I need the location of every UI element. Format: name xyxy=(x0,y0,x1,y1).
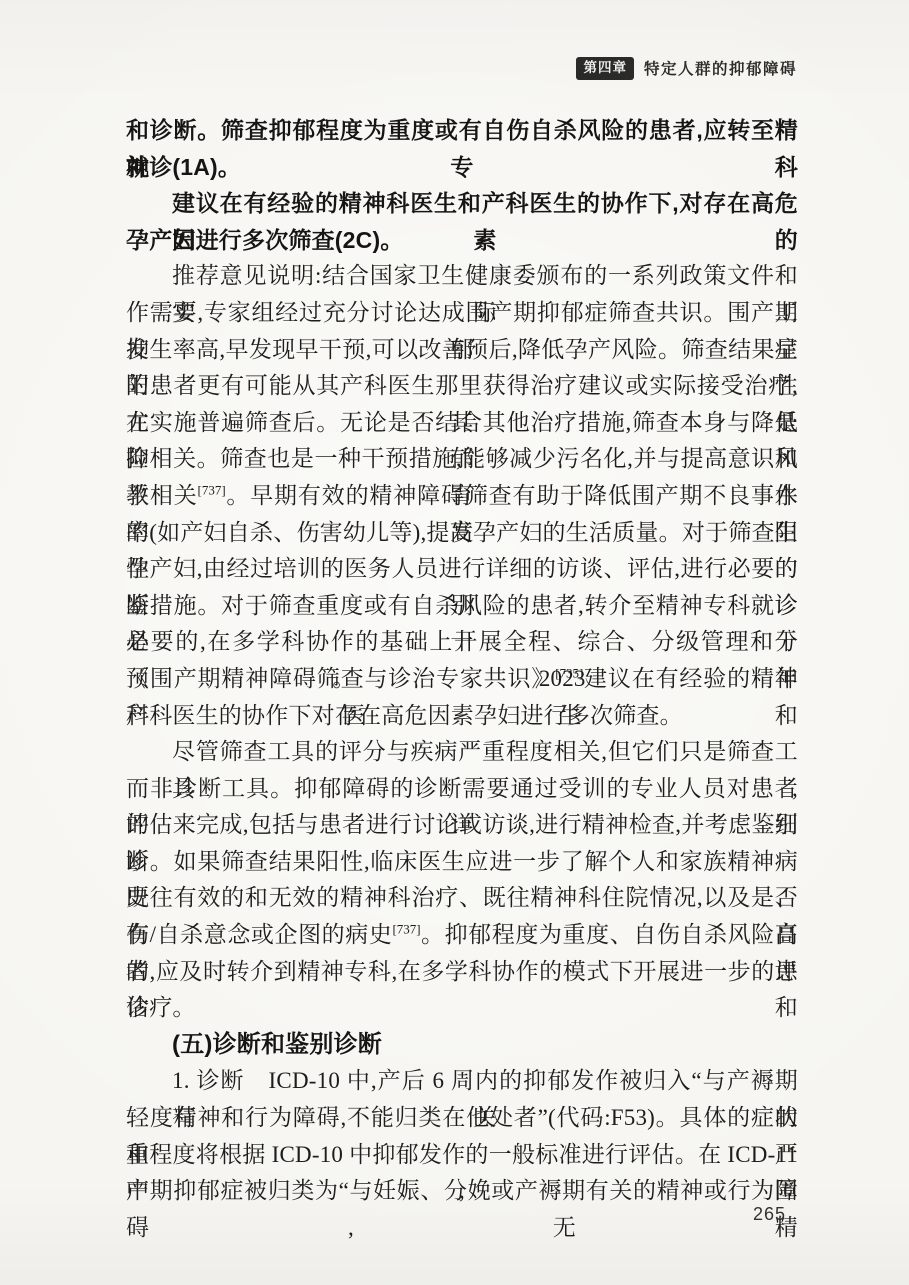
line-text: 者,应及时转介到精神专科,在多学科协作的模式下开展进一步的评估和 xyxy=(126,959,798,1021)
body-line: 在实施普遍筛查后。无论是否结合其他治疗措施,筛查本身与降低抑郁风 xyxy=(126,405,798,442)
body-line: 断。如果筛查结果阳性,临床医生应进一步了解个人和家族精神病史、 xyxy=(126,844,798,881)
body-line: 建议在有经验的精神科医生和产科医生的协作下,对存在高危因素的 xyxy=(126,185,798,222)
body-text: 和诊断。筛查抑郁程度为重度或有自伤自杀风险的患者,应转至精神专科就诊(1A)。建… xyxy=(126,112,798,1210)
page-header: 第四章 特定人群的抑郁障碍 xyxy=(576,57,797,80)
line-text: 产期抑郁症被归类为“与妊娠、分娩或产褥期有关的精神或行为障碍,无精 xyxy=(126,1178,798,1240)
body-line: 断措施。对于筛查重度或有自杀风险的患者,转介至精神专科就诊是十分 xyxy=(126,588,798,625)
line-text: 《围产期精神障碍筛查与诊治专家共识》 xyxy=(126,666,555,691)
body-line: 孕产妇,由经过培训的医务人员进行详细的访谈、评估,进行必要的鉴别诊 xyxy=(126,551,798,588)
body-line: 评估来完成,包括与患者进行讨论或访谈,进行精神检查,并考虑鉴别诊 xyxy=(126,807,798,844)
chapter-title: 特定人群的抑郁障碍 xyxy=(644,57,797,79)
body-line: 重程度将根据 ICD-10 中抑郁发作的一般标准进行评估。在 ICD-11 中,… xyxy=(126,1137,798,1174)
line-text: 平相关 xyxy=(126,483,198,508)
body-line: 必要的,在多学科协作的基础上开展全程、综合、分级管理和干预。2023 年 xyxy=(126,624,798,661)
body-line: 险相关。筛查也是一种干预措施,能够减少污名化,并与提高意识和教育水 xyxy=(126,441,798,478)
body-line: (五)诊断和鉴别诊断 xyxy=(126,1027,798,1064)
body-line: 平相关[737]。早期有效的精神障碍筛查有助于降低围产期不良事件的发生 xyxy=(126,478,798,515)
body-line: 的患者更有可能从其产科医生那里获得治疗建议或实际接受治疗,尤其是 xyxy=(126,368,798,405)
body-line: 者,应及时转介到精神专科,在多学科协作的模式下开展进一步的评估和 xyxy=(126,954,798,991)
page-number: 265 xyxy=(753,1204,786,1225)
body-line: 1. 诊断 ICD-10 中,产后 6 周内的抑郁发作被归入“与产褥期有关的 xyxy=(126,1063,798,1100)
chapter-badge: 第四章 xyxy=(576,57,634,80)
body-line: 《围产期精神障碍筛查与诊治专家共识》[735]建议在有经验的精神科医生和 xyxy=(126,661,798,698)
line-text: 就诊(1A)。 xyxy=(126,154,241,180)
body-line: 伤/自杀意念或企图的病史[737]。抑郁程度为重度、自伤自杀风险高的患 xyxy=(126,917,798,954)
body-line: 和诊断。筛查抑郁程度为重度或有自伤自杀风险的患者,应转至精神专科 xyxy=(126,112,798,149)
body-line: 率(如产妇自杀、伤害幼儿等),提高孕产妇的生活质量。对于筛查阳性的 xyxy=(126,515,798,552)
body-line: 产期抑郁症被归类为“与妊娠、分娩或产褥期有关的精神或行为障碍,无精 xyxy=(126,1173,798,1210)
body-line: 发生率高,早发现早干预,可以改善预后,降低孕产风险。筛查结果呈阳性 xyxy=(126,332,798,369)
citation-ref: [735] xyxy=(555,665,583,680)
line-text: (五)诊断和鉴别诊断 xyxy=(172,1031,382,1058)
line-text: 产科医生的协作下对存在高危因素孕妇进行多次筛查。 xyxy=(126,703,683,728)
body-line: 作需要,专家组经过充分讨论达成围产期抑郁症筛查共识。围产期抑郁症 xyxy=(126,295,798,332)
line-text: 孕产妇进行多次筛查(2C)。 xyxy=(126,227,404,253)
body-line: 轻度精神和行为障碍,不能归类在他处者”(代码:F53)。具体的症状和严 xyxy=(126,1100,798,1137)
body-line: 而非诊断工具。抑郁障碍的诊断需要通过受训的专业人员对患者的详细 xyxy=(126,771,798,808)
citation-ref: [737] xyxy=(198,482,226,497)
line-text: 伤/自杀意念或企图的病史 xyxy=(126,922,392,947)
body-line: 尽管筛查工具的评分与疾病严重程度相关,但它们只是筛查工具, xyxy=(126,734,798,771)
body-line: 推荐意见说明:结合国家卫生健康委颁布的一系列政策文件和实际工 xyxy=(126,258,798,295)
line-text: 诊疗。 xyxy=(126,995,196,1020)
body-line: 既往有效的和无效的精神科治疗、既往精神科住院情况,以及是否有自 xyxy=(126,880,798,917)
citation-ref: [737] xyxy=(392,921,420,936)
